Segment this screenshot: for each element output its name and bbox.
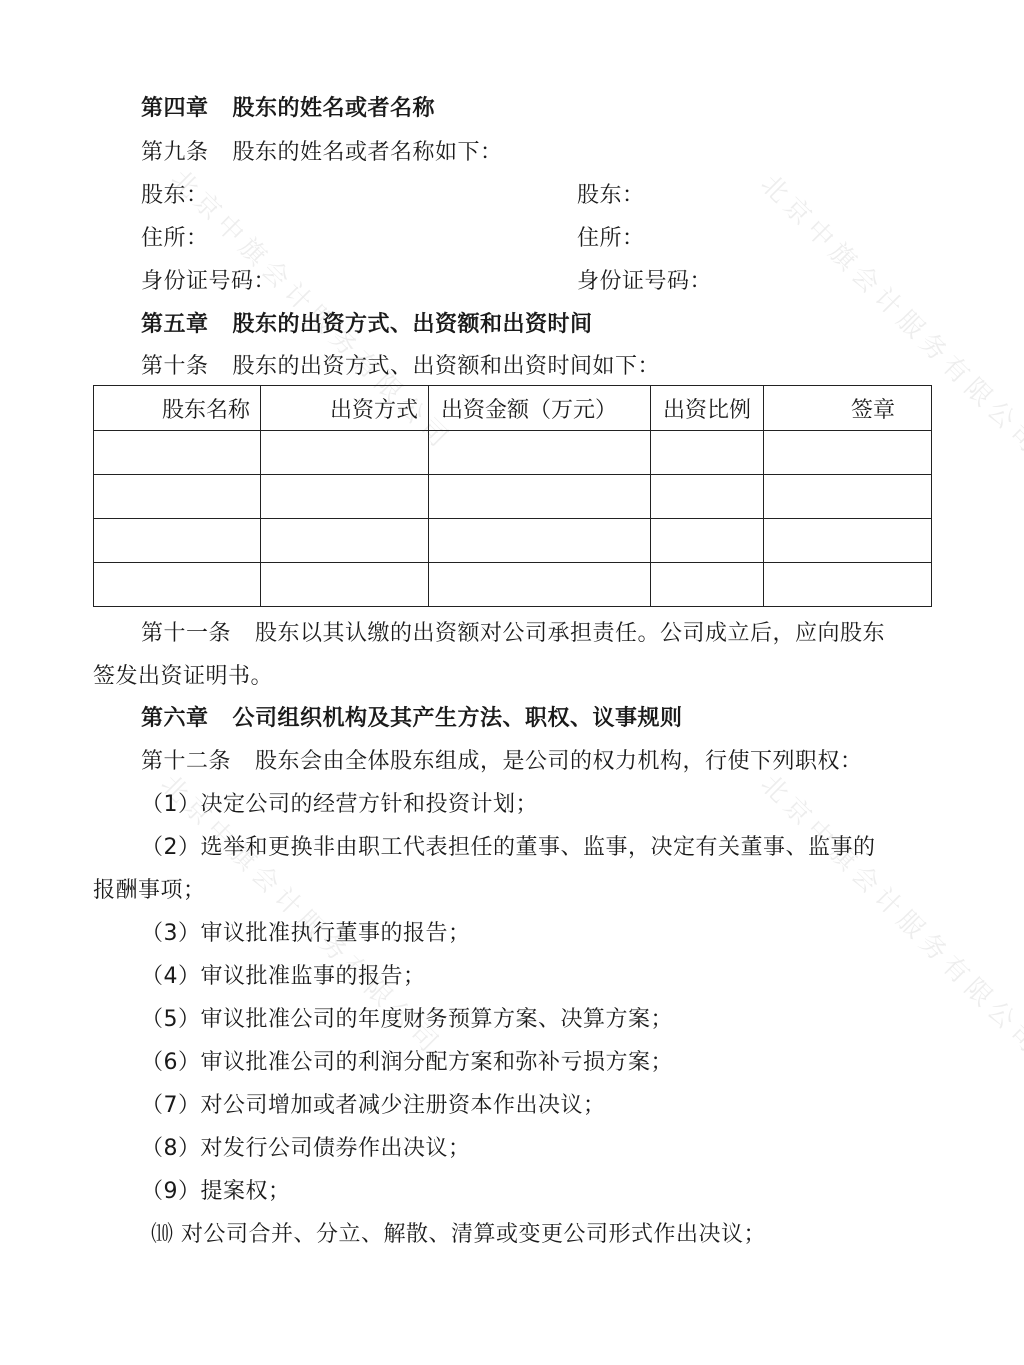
table-cell[interactable] — [94, 475, 261, 519]
article-number: 第九条 — [141, 140, 209, 165]
col-header-contribution-ratio: 出资比例 — [651, 386, 764, 431]
col-header-contribution-method: 出资方式 — [261, 386, 429, 431]
table-cell[interactable] — [764, 431, 932, 475]
power-item-5: （5）审议批准公司的年度财务预算方案、决算方案； — [141, 1005, 673, 1035]
chapter-title: 股东的出资方式、出资额和出资时间 — [233, 312, 593, 337]
chapter-4-heading: 第四章股东的姓名或者名称 — [141, 94, 435, 124]
article-text: 股东的出资方式、出资额和出资时间如下： — [233, 354, 661, 379]
table-cell[interactable] — [429, 563, 651, 607]
power-item-8: （8）对发行公司债券作出决议； — [141, 1134, 471, 1164]
table-cell[interactable] — [651, 519, 764, 563]
article-9: 第九条股东的姓名或者名称如下： — [141, 138, 503, 168]
power-item-7: （7）对公司增加或者减少注册资本作出决议； — [141, 1091, 606, 1121]
power-item-1: （1）决定公司的经营方针和投资计划； — [141, 790, 538, 820]
article-number: 第十一条 — [141, 621, 231, 646]
table-cell[interactable] — [261, 563, 429, 607]
power-item-4: （4）审议批准监事的报告； — [141, 962, 426, 992]
chapter-number: 第四章 — [141, 96, 209, 121]
table-cell[interactable] — [764, 563, 932, 607]
table-cell[interactable] — [94, 563, 261, 607]
chapter-number: 第六章 — [141, 706, 209, 731]
table-cell[interactable] — [429, 519, 651, 563]
article-text: 股东以其认缴的出资额对公司承担责任。公司成立后，应向股东 — [255, 621, 885, 646]
power-item-6: （6）审议批准公司的利润分配方案和弥补亏损方案； — [141, 1048, 673, 1078]
watermark: 北京中旗会计服务有限公司 — [754, 765, 1024, 1063]
col-header-contribution-amount: 出资金额（万元） — [429, 386, 651, 431]
article-text: 股东的姓名或者名称如下： — [233, 140, 503, 165]
article-number: 第十二条 — [141, 749, 231, 774]
shareholder-left-address-label: 住所： — [141, 224, 209, 254]
article-10: 第十条股东的出资方式、出资额和出资时间如下： — [141, 352, 660, 382]
chapter-number: 第五章 — [141, 312, 209, 337]
table-cell[interactable] — [764, 475, 932, 519]
shareholder-left-id-label: 身份证号码： — [141, 267, 276, 297]
table-cell[interactable] — [261, 431, 429, 475]
table-row — [94, 431, 932, 475]
table-cell[interactable] — [261, 475, 429, 519]
power-item-2: （2）选举和更换非由职工代表担任的董事、监事，决定有关董事、监事的 — [141, 833, 876, 863]
chapter-title: 股东的姓名或者名称 — [233, 96, 436, 121]
article-12: 第十二条股东会由全体股东组成，是公司的权力机构，行使下列职权： — [141, 747, 863, 777]
article-text: 股东会由全体股东组成，是公司的权力机构，行使下列职权： — [255, 749, 863, 774]
chapter-6-heading: 第六章公司组织机构及其产生方法、职权、议事规则 — [141, 704, 683, 734]
power-item-2-continued: 报酬事项； — [93, 876, 206, 906]
article-11-line-1: 第十一条股东以其认缴的出资额对公司承担责任。公司成立后，应向股东 — [141, 619, 885, 649]
table-cell[interactable] — [94, 519, 261, 563]
table-row — [94, 475, 932, 519]
table-cell[interactable] — [94, 431, 261, 475]
power-item-10: ⑽ 对公司合并、分立、解散、清算或变更公司形式作出决议； — [151, 1220, 766, 1250]
article-number: 第十条 — [141, 354, 209, 379]
table-cell[interactable] — [429, 431, 651, 475]
table-cell[interactable] — [651, 475, 764, 519]
table-row — [94, 519, 932, 563]
table-header-row: 股东名称 出资方式 出资金额（万元） 出资比例 签章 — [94, 386, 932, 431]
shareholder-left-name-label: 股东： — [141, 181, 209, 211]
shareholder-right-name-label: 股东： — [577, 181, 645, 211]
table-cell[interactable] — [651, 563, 764, 607]
shareholder-right-address-label: 住所： — [577, 224, 645, 254]
chapter-title: 公司组织机构及其产生方法、职权、议事规则 — [233, 706, 683, 731]
table-cell[interactable] — [429, 475, 651, 519]
col-header-signature: 签章 — [764, 386, 932, 431]
chapter-5-heading: 第五章股东的出资方式、出资额和出资时间 — [141, 310, 593, 340]
shareholder-right-id-label: 身份证号码： — [577, 267, 712, 297]
article-11-line-2: 签发出资证明书。 — [93, 662, 273, 692]
power-item-3: （3）审议批准执行董事的报告； — [141, 919, 471, 949]
table-cell[interactable] — [764, 519, 932, 563]
table-cell[interactable] — [651, 431, 764, 475]
power-item-9: （9）提案权； — [141, 1177, 291, 1207]
col-header-shareholder-name: 股东名称 — [94, 386, 261, 431]
capital-contribution-table: 股东名称 出资方式 出资金额（万元） 出资比例 签章 — [93, 385, 932, 607]
table-row — [94, 563, 932, 607]
table-cell[interactable] — [261, 519, 429, 563]
